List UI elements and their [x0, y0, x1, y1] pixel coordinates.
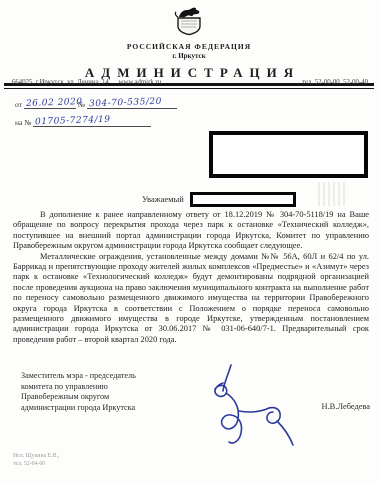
- paragraph-2: Металлические ограждения, установленные …: [13, 252, 369, 346]
- executor-note: Исп. Щукина Е.В., тел. 52-04-00: [13, 453, 59, 468]
- letterhead: РОССИЙСКАЯ ФЕДЕРАЦИЯ г. Иркутск АДМИНИСТ…: [0, 0, 378, 89]
- incoming-ref-line: на № 01705-7274/19: [15, 116, 177, 127]
- handwritten-in-number: 01705-7274/19: [35, 115, 111, 128]
- out-date-blank: 26.02 2020: [24, 98, 76, 109]
- letterhead-country: РОССИЙСКАЯ ФЕДЕРАЦИЯ: [0, 42, 378, 51]
- org-phones: тел. 52-00-00, 52-00-40: [302, 79, 368, 86]
- paragraph-1: В дополнение к ранее направленному ответ…: [13, 210, 369, 252]
- executor-name: Исп. Щукина Е.В.,: [13, 453, 59, 461]
- in-label: на №: [15, 118, 31, 127]
- scanned-letter-page: РОССИЙСКАЯ ФЕДЕРАЦИЯ г. Иркутск АДМИНИСТ…: [0, 0, 378, 482]
- address-text: 664025, г.Иркутск, ул. Ленина, 14: [12, 79, 109, 86]
- handwritten-signature-icon: [193, 363, 323, 451]
- letter-body: В дополнение к ранее направленному ответ…: [13, 210, 369, 345]
- executor-phone: тел. 52-04-00: [13, 461, 59, 469]
- irkutsk-coat-of-arms-icon: [171, 6, 207, 36]
- position-line-3: Правобережным округом: [21, 392, 201, 403]
- signer-position: Заместитель мэра - председатель комитета…: [21, 371, 201, 413]
- handwritten-date: 26.02 2020: [26, 97, 83, 109]
- position-line-2: комитета по управлению: [21, 382, 201, 393]
- org-address: 664025, г.Иркутск, ул. Ленина, 14 www.ad…: [12, 79, 161, 86]
- in-number-blank: 01705-7274/19: [33, 116, 151, 127]
- handwritten-out-number: 304-70-535/20: [89, 97, 162, 110]
- website-text: www.admirk.ru: [119, 79, 162, 86]
- redacted-name-box: [190, 192, 296, 207]
- contact-row: 664025, г.Иркутск, ул. Ленина, 14 www.ad…: [12, 79, 368, 86]
- salutation-text: Уважаемый: [142, 194, 184, 204]
- signature-block: Заместитель мэра - председатель комитета…: [21, 371, 370, 451]
- position-line-4: администрации города Иркутска: [21, 403, 201, 414]
- position-line-1: Заместитель мэра - председатель: [21, 371, 201, 382]
- letterhead-city: г. Иркутск: [0, 52, 378, 60]
- outgoing-ref-line: от 26.02 2020 № 304-70-535/20: [15, 98, 177, 109]
- scan-artifact: [318, 182, 346, 206]
- signer-name: Н.В.Лебедева: [322, 402, 370, 411]
- out-number-blank: 304-70-535/20: [87, 98, 177, 109]
- reference-lines: от 26.02 2020 № 304-70-535/20 на № 01705…: [15, 98, 177, 134]
- out-label: от: [15, 100, 22, 109]
- redacted-addressee-box: [209, 131, 368, 178]
